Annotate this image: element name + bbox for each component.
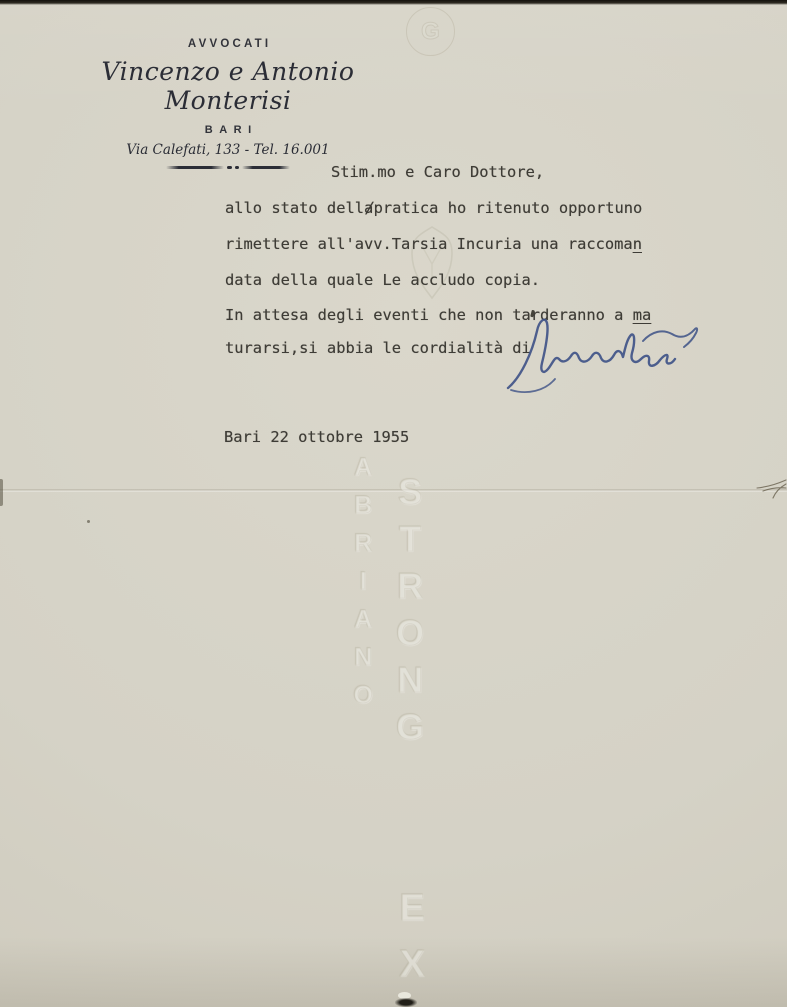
letterhead-names: Vincenzo e Antonio Monterisi (58, 57, 398, 115)
letterhead-profession: AVVOCATI (58, 38, 398, 50)
typed-line-2: rimettere all'avv.Tarsia Incuria una rac… (225, 235, 642, 253)
paper-speck (87, 520, 90, 523)
fold-edge-scribble (751, 474, 787, 502)
watermark-crest-icon (402, 222, 462, 302)
watermark-ex-letters: EX (386, 880, 438, 992)
letterhead-address: Via Calefati, 133 - Tel. 16.001 (58, 142, 398, 158)
letterhead: AVVOCATI Vincenzo e Antonio Monterisi BA… (58, 38, 398, 169)
scanned-letter-page: G ABRIANO STRONG EX AVVOCATI Vincenzo e … (0, 0, 787, 1007)
left-edge-mark (0, 479, 3, 506)
typed-line-5: turarsi,si abbia le cordialità di (225, 339, 531, 357)
watermark-emblem-icon: G (406, 7, 455, 56)
letterhead-city: BARI (58, 124, 398, 136)
scan-edge-top (0, 0, 787, 5)
bottom-edge-notch (395, 998, 417, 1007)
typed-date-line: Bari 22 ottobre 1955 (224, 428, 409, 446)
letterhead-divider (166, 166, 290, 169)
watermark-strong-letters: STRONG (386, 468, 434, 750)
watermark-maker-letters: ABRIANO (347, 448, 379, 714)
typed-line-1: allo stato della/pratica ho ritenuto opp… (225, 199, 642, 217)
handwritten-signature (497, 313, 702, 395)
typed-line-3: data della quale Le accludo copia. (225, 271, 540, 289)
typed-line-greeting: Stim.mo e Caro Dottore, (331, 163, 544, 181)
